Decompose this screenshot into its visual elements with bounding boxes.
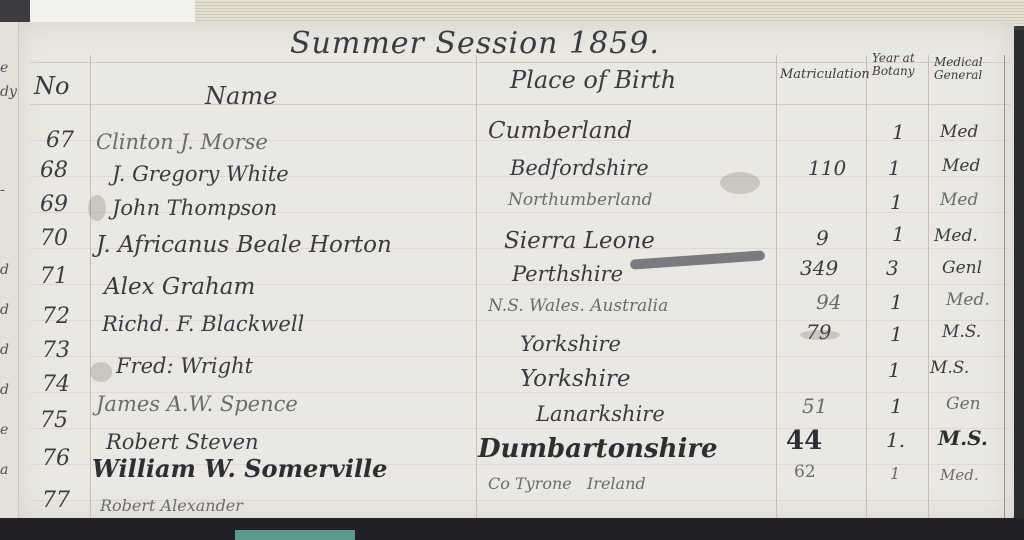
student-name: Robert Alexander: [100, 496, 243, 515]
place-of-birth: Perthshire: [512, 262, 623, 286]
year-at-botany: 1: [892, 120, 905, 144]
course-type: Med.: [946, 290, 990, 310]
header-no: No: [34, 72, 69, 100]
student-name: Clinton J. Morse: [96, 130, 268, 154]
row-number: 67: [46, 128, 74, 153]
place-of-birth: Dumbartonshire: [478, 434, 718, 464]
margin-mark: d: [0, 342, 9, 358]
course-type: M.S.: [942, 322, 981, 342]
header-medical-general: Medical General: [934, 56, 1000, 82]
matriculation-number: 51: [802, 394, 827, 418]
year-at-botany: 1: [888, 358, 901, 382]
row-number: 70: [40, 226, 68, 251]
place-of-birth: Yorkshire: [520, 366, 631, 392]
rule-line: [30, 62, 1010, 63]
margin-mark: dy: [0, 84, 17, 100]
matriculation-number: 94: [816, 290, 841, 314]
column-divider: [90, 55, 91, 525]
year-at-botany: 1: [890, 290, 903, 314]
ink-stain: [800, 330, 840, 340]
row-number: 77: [42, 488, 70, 513]
student-name: James A.W. Spence: [96, 392, 298, 416]
course-type: Genl: [942, 258, 982, 278]
matriculation-number: 110: [808, 156, 846, 180]
margin-mark: -: [0, 182, 5, 198]
rule-line: [30, 104, 1010, 105]
row-number: 74: [42, 372, 70, 397]
header-year-at-botany: Year at Botany: [872, 52, 924, 78]
margin-mark: d: [0, 302, 9, 318]
page-edge: [1004, 55, 1005, 525]
rule-line: [30, 428, 1010, 429]
previous-page-margin: e dy - d d d d e a: [0, 22, 19, 532]
row-number: 71: [40, 264, 68, 289]
course-type: Med: [942, 156, 980, 176]
place-of-birth: Sierra Leone: [504, 228, 655, 254]
column-divider: [476, 55, 477, 525]
year-at-botany: 1: [888, 156, 901, 180]
student-name: J. Gregory White: [112, 162, 289, 186]
student-name: Robert Steven: [106, 430, 259, 454]
student-name: J. Africanus Beale Horton: [96, 232, 392, 258]
student-name: Richd. F. Blackwell: [102, 312, 304, 336]
row-number: 72: [42, 304, 70, 329]
place-of-birth: Yorkshire: [520, 332, 621, 356]
year-at-botany: 1: [890, 190, 903, 214]
course-type: M.S.: [930, 358, 969, 378]
matriculation-number: 44: [786, 426, 822, 456]
page-title: Summer Session 1859.: [290, 26, 660, 61]
row-number: 76: [42, 446, 70, 471]
course-type: Med.: [940, 466, 979, 484]
year-at-botany: 1: [890, 464, 900, 483]
course-type: Gen: [946, 394, 981, 414]
course-type: Med: [940, 122, 978, 142]
row-number: 69: [40, 192, 68, 217]
year-at-botany: 3: [886, 256, 899, 280]
year-at-botany: 1: [892, 222, 905, 246]
matriculation-number: 62: [794, 462, 816, 482]
year-at-botany: 1.: [886, 428, 905, 452]
row-number: 73: [42, 338, 70, 363]
background-bottom: [0, 518, 1024, 540]
margin-mark: d: [0, 262, 9, 278]
header-matriculation: Matriculation: [780, 68, 870, 81]
student-name: Alex Graham: [104, 274, 255, 300]
margin-mark: e: [0, 60, 8, 76]
place-of-birth: Lanarkshire: [536, 402, 665, 426]
row-number: 68: [40, 158, 68, 183]
place-of-birth: Bedfordshire: [510, 156, 649, 180]
place-of-birth: Cumberland: [488, 118, 632, 144]
ink-stain: [720, 172, 760, 194]
row-number: 75: [40, 408, 68, 433]
matriculation-number: 9: [816, 226, 829, 250]
header-name: Name: [205, 82, 277, 110]
ink-stain: [88, 195, 106, 221]
course-type: Med: [940, 190, 978, 210]
column-divider: [866, 55, 867, 525]
place-of-birth: Co Tyrone Ireland: [488, 474, 646, 493]
margin-mark: a: [0, 462, 8, 478]
place-of-birth: Northumberland: [508, 190, 653, 210]
matriculation-number: 349: [800, 256, 838, 280]
course-type: M.S.: [938, 426, 988, 450]
course-type: Med.: [934, 226, 978, 246]
ink-stain: [90, 362, 112, 382]
header-place-of-birth: Place of Birth: [510, 66, 676, 94]
column-divider: [928, 55, 929, 525]
student-name: William W. Somerville: [92, 454, 387, 483]
margin-mark: e: [0, 422, 8, 438]
year-at-botany: 1: [890, 322, 903, 346]
student-name: John Thompson: [112, 196, 277, 220]
year-at-botany: 1: [890, 394, 903, 418]
background-fabric: [235, 530, 355, 540]
margin-mark: d: [0, 382, 9, 398]
place-of-birth: N.S. Wales. Australia: [488, 296, 668, 316]
column-divider: [776, 55, 777, 525]
student-name: Fred: Wright: [116, 354, 253, 378]
